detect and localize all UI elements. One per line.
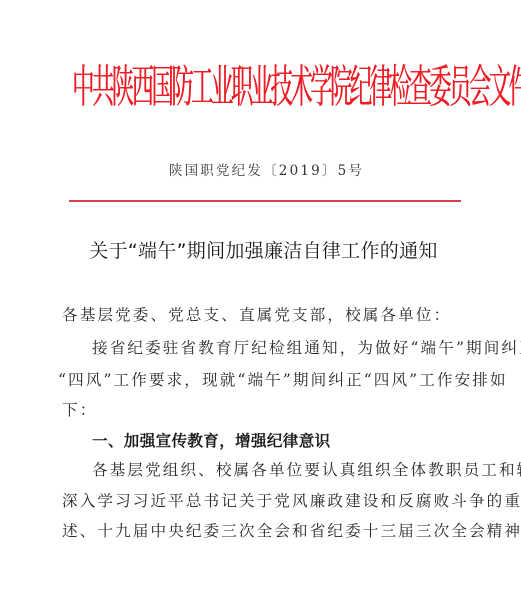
intro-paragraph-line-3: 下： bbox=[62, 399, 462, 421]
section-1-paragraph-line-2: 深入学习习近平总书记关于党风廉政建设和反腐败斗争的重要论 bbox=[62, 490, 462, 512]
intro-paragraph-line-1: 接省纪委驻省教育厅纪检组通知，为做好“端午”期间纠正 bbox=[92, 337, 492, 359]
intro-paragraph-line-2: “四风”工作要求，现就“端午”期间纠正“四风”工作安排如 bbox=[58, 369, 458, 391]
notice-title: 关于“端午”期间加强廉洁自律工作的通知 bbox=[0, 236, 521, 263]
document-number: 陕国职党纪发〔2019〕5号 bbox=[0, 159, 521, 179]
section-1-paragraph-line-3: 述、十九届中央纪委三次全会和省纪委十三届三次全会精神，利用 bbox=[62, 520, 462, 542]
section-heading-1: 一、加强宣传教育，增强纪律意识 bbox=[92, 430, 331, 452]
salutation: 各基层党委、党总支、直属党支部，校属各单位： bbox=[62, 304, 462, 326]
red-divider-line bbox=[69, 200, 461, 202]
section-1-paragraph-line-1: 各基层党组织、校属各单位要认真组织全体教职员工和辅导员 bbox=[92, 459, 492, 481]
issuing-authority-header: 中共陕西国防工业职业技术学院纪律检查委员会文件 bbox=[72, 53, 306, 123]
